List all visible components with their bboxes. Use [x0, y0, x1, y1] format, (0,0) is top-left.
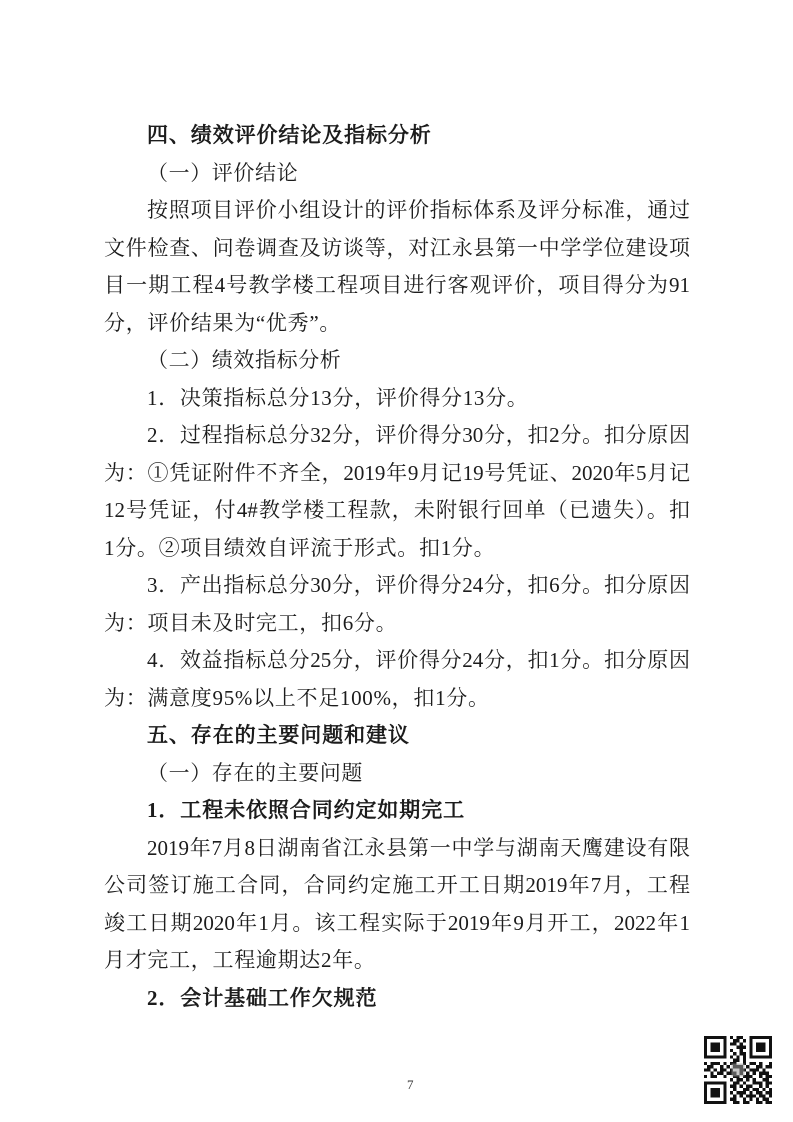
- paragraph-line: 分，评价结果为“优秀”。: [104, 305, 690, 343]
- indicator-item-line: 4．效益指标总分25分，评价得分24分，扣1分。扣分原因: [104, 642, 690, 680]
- indicator-item-line: 为：满意度95%以上不足100%，扣1分。: [104, 680, 690, 718]
- paragraph-line: 公司签订施工合同，合同约定施工开工日期2019年7月，工程: [104, 867, 690, 905]
- issue-title: 2．会计基础工作欠规范: [104, 980, 690, 1018]
- subsection-heading: （一）存在的主要问题: [104, 755, 690, 793]
- indicator-item-line: 12号凭证，付4#教学楼工程款，未附银行回单（已遗失）。扣: [104, 492, 690, 530]
- subsection-heading: （二）绩效指标分析: [104, 342, 690, 380]
- subsection-heading: （一）评价结论: [104, 155, 690, 193]
- indicator-item-line: 为：项目未及时完工，扣6分。: [104, 605, 690, 643]
- indicator-item-line: 2．过程指标总分32分，评价得分30分，扣2分。扣分原因: [104, 417, 690, 455]
- section-heading: 四、绩效评价结论及指标分析: [104, 117, 690, 155]
- indicator-item-line: 为：①凭证附件不齐全，2019年9月记19号凭证、2020年5月记: [104, 455, 690, 493]
- page-body: 四、绩效评价结论及指标分析 （一）评价结论 按照项目评价小组设计的评价指标体系及…: [104, 117, 690, 1017]
- section-heading: 五、存在的主要问题和建议: [104, 717, 690, 755]
- page-number: 7: [407, 1075, 414, 1095]
- paragraph-line: 竣工日期2020年1月。该工程实际于2019年9月开工，2022年1: [104, 905, 690, 943]
- paragraph-line: 按照项目评价小组设计的评价指标体系及评分标准，通过: [104, 192, 690, 230]
- issue-title: 1．工程未依照合同约定如期完工: [104, 792, 690, 830]
- paragraph-line: 月才完工，工程逾期达2年。: [104, 942, 690, 980]
- paragraph-line: 目一期工程4号教学楼工程项目进行客观评价，项目得分为91: [104, 267, 690, 305]
- indicator-item-line: 1．决策指标总分13分，评价得分13分。: [104, 380, 690, 418]
- indicator-item-line: 1分。②项目绩效自评流于形式。扣1分。: [104, 530, 690, 568]
- document-page: 四、绩效评价结论及指标分析 （一）评价结论 按照项目评价小组设计的评价指标体系及…: [0, 0, 793, 1122]
- paragraph-line: 文件检查、问卷调查及访谈等，对江永县第一中学学位建设项: [104, 230, 690, 268]
- paragraph-line: 2019年7月8日湖南省江永县第一中学与湖南天鹰建设有限: [104, 830, 690, 868]
- indicator-item-line: 3．产出指标总分30分，评价得分24分，扣6分。扣分原因: [104, 567, 690, 605]
- qr-code-icon: [704, 1036, 772, 1104]
